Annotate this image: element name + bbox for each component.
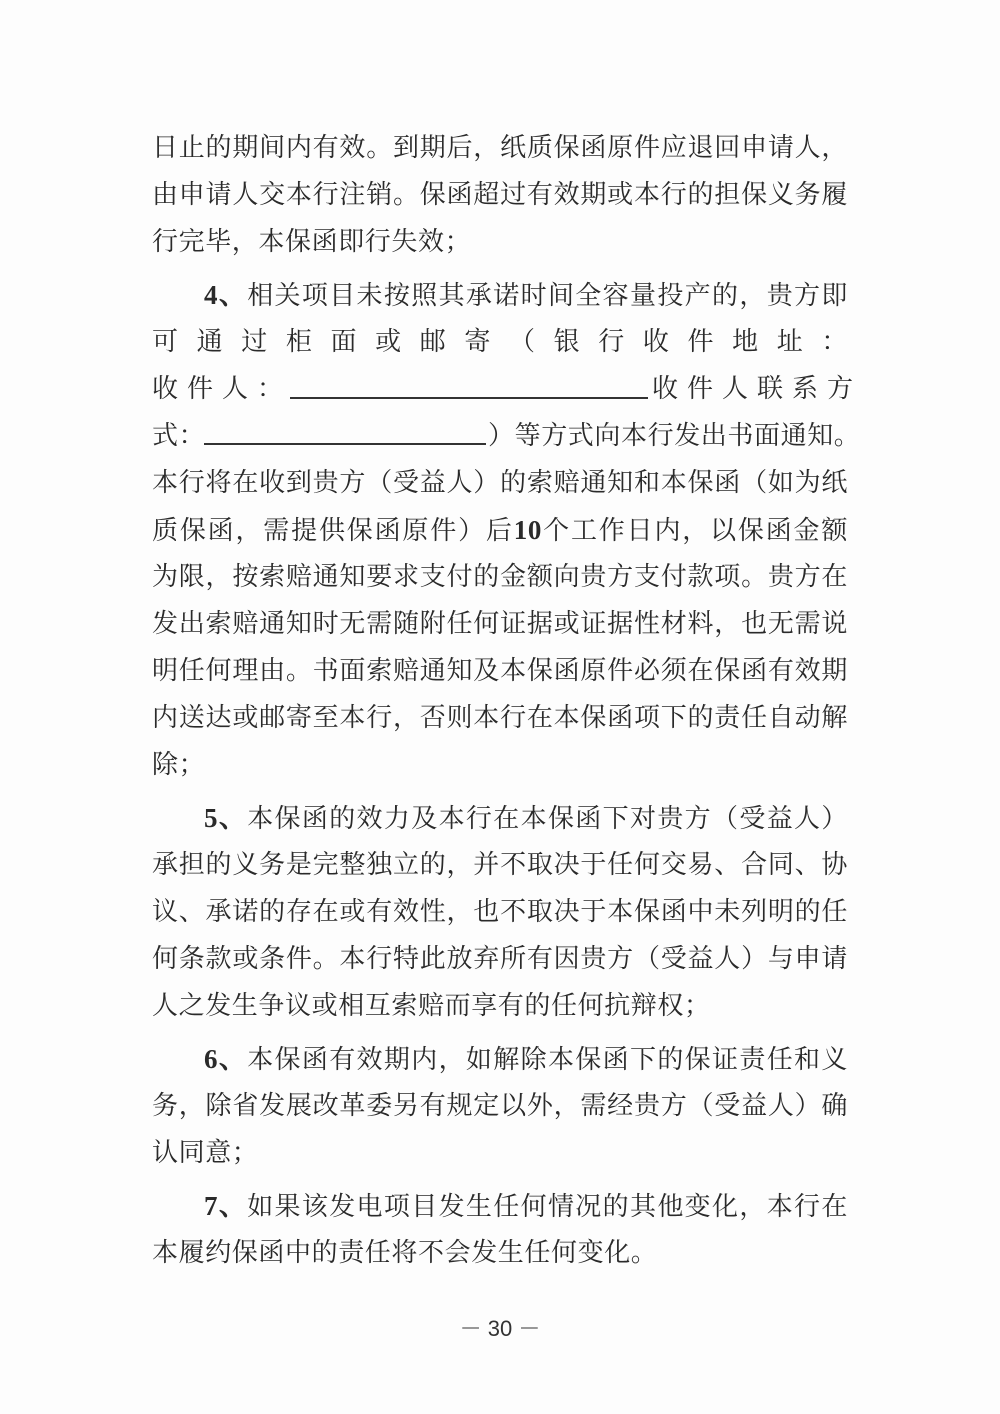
item-number: 5、 (204, 803, 247, 833)
text-line: ）等方式向本行发出书面通知。 (488, 416, 848, 456)
clause-6-first-line: 6、本保函有效期内，如解除本保函下的保证责任和义 (204, 1039, 848, 1079)
days-value: 10 (514, 515, 542, 545)
clause-5-first-line: 5、本保函的效力及本行在本保函下对贵方（受益人） (204, 798, 848, 838)
contact-blank-field[interactable] (204, 443, 486, 445)
char: 收 (643, 322, 670, 362)
text-line: 务，除省发展改革委另有规定以外，需经贵方（受益人）确 (152, 1086, 848, 1126)
char: 址 (777, 322, 804, 362)
char: 寄 (464, 322, 491, 362)
char: 银 (554, 322, 581, 362)
text-segment: 如果该发电项目发生任何情况的其他变化，本行在 (247, 1192, 848, 1222)
text-segment: 质保函，需提供保函原件）后 (152, 516, 514, 546)
text-line: 明任何理由。书面索赔通知及本保函原件必须在保函有效期 (152, 651, 848, 691)
text-line: 本行将在收到贵方（受益人）的索赔通知和本保函（如为纸 (152, 463, 848, 503)
recipient-blank-field[interactable] (290, 397, 648, 399)
char: 面 (331, 322, 358, 362)
char: ： (821, 322, 848, 362)
text-line: 行完毕，本保函即行失效； (152, 222, 848, 262)
text-line: 人之发生争议或相互索赔而享有的任何抗辩权； (152, 986, 848, 1026)
clause-7-first-line: 7、如果该发电项目发生任何情况的其他变化，本行在 (204, 1186, 848, 1226)
text-line: 发出索赔通知时无需随附任何证据或证据性材料，也无需说 (152, 604, 848, 644)
text-segment: 个工作日内，以保函金额 (542, 516, 848, 546)
item-number: 6、 (204, 1044, 247, 1074)
item-number: 7、 (204, 1191, 247, 1221)
text-line: 认同意； (152, 1133, 848, 1173)
char: 行 (598, 322, 625, 362)
char: 或 (375, 322, 402, 362)
char: 柜 (286, 322, 313, 362)
char: 可 (152, 322, 179, 362)
text-line: 为限，按索赔通知要求支付的金额向贵方支付款项。贵方在 (152, 557, 848, 597)
text-line: 议、承诺的存在或有效性，也不取决于本保函中未列明的任 (152, 892, 848, 932)
char: 地 (732, 322, 759, 362)
char: 件 (688, 322, 715, 362)
item-number: 4、 (204, 280, 247, 310)
clause-4-first-line: 4、相关项目未按照其承诺时间全容量投产的，贵方即 (204, 275, 848, 315)
text-line: 由申请人交本行注销。保函超过有效期或本行的担保义务履 (152, 175, 848, 215)
document-page: 日止的期间内有效。到期后，纸质保函原件应退回申请人， 由申请人交本行注销。保函超… (0, 0, 1000, 1414)
char: 邮 (420, 322, 447, 362)
text-segment: 本保函有效期内，如解除本保函下的保证责任和义 (247, 1045, 848, 1075)
text-line: 日止的期间内有效。到期后，纸质保函原件应退回申请人， (152, 128, 848, 168)
char: 通 (197, 322, 224, 362)
text-line: 本履约保函中的责任将不会发生任何变化。 (152, 1233, 848, 1273)
char: （ (509, 322, 536, 362)
page-number: － 30 － (0, 1312, 1000, 1343)
char: 过 (241, 322, 268, 362)
text-segment: 本保函的效力及本行在本保函下对贵方（受益人） (247, 804, 848, 834)
recipient-contact-label: 收件人联系方 (652, 369, 848, 409)
text-line: 何条款或条件。本行特此放弃所有因贵方（受益人）与申请 (152, 939, 848, 979)
text-line: 内送达或邮寄至本行，否则本行在本保函项下的责任自动解 (152, 698, 848, 738)
text-line: 质保函，需提供保函原件）后10个工作日内，以保函金额 (152, 510, 848, 550)
spread-address-line: 可 通 过 柜 面 或 邮 寄 （ 银 行 收 件 地 址 ： (152, 322, 848, 362)
text-segment: 相关项目未按照其承诺时间全容量投产的，贵方即 (247, 281, 848, 311)
text-line: 除； (152, 745, 848, 785)
text-line: 承担的义务是完整独立的，并不取决于任何交易、合同、协 (152, 845, 848, 885)
